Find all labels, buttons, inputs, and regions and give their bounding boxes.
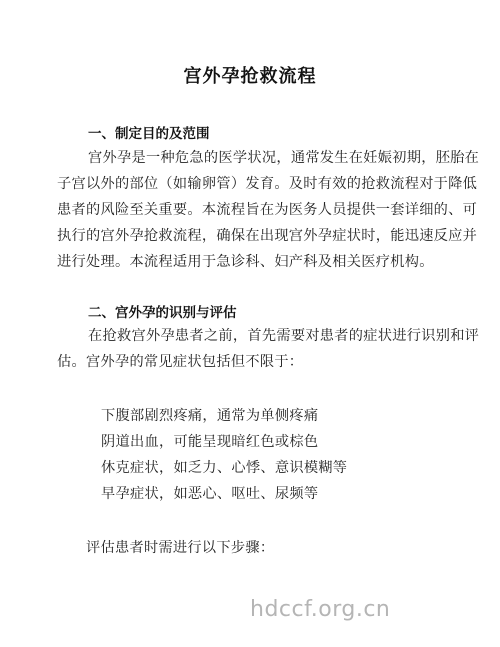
paragraph-line: 子宫以外的部位（如输卵管）发育。及时有效的抢救流程对于降低 (57, 173, 477, 193)
watermark: hdccf.org.cn (250, 597, 390, 622)
symptom-item: 阴道出血，可能呈现暗红色或棕色 (101, 431, 318, 451)
paragraph-line: 进行处理。本流程适用于急诊科、妇产科及相关医疗机构。 (57, 251, 434, 271)
section-heading-identification: 二、宫外孕的识别与评估 (88, 301, 237, 321)
symptom-item: 下腹部剧烈疼痛，通常为单侧疼痛 (101, 405, 318, 425)
paragraph-line: 宫外孕是一种危急的医学状况，通常发生在妊娠初期，胚胎在 (88, 147, 479, 167)
section-heading-purpose: 一、制定目的及范围 (88, 122, 210, 142)
paragraph-line: 执行的宫外孕抢救流程，确保在出现宫外孕症状时，能迅速反应并 (57, 225, 477, 245)
document-title: 宫外孕抢救流程 (0, 62, 500, 88)
symptom-item: 早孕症状，如恶心、呕吐、尿频等 (101, 483, 318, 503)
paragraph-line: 估。宫外孕的常见症状包括但不限于： (57, 351, 303, 371)
symptom-item: 休克症状，如乏力、心悸、意识模糊等 (101, 457, 347, 477)
closing-line: 评估患者时需进行以下步骤： (86, 537, 274, 557)
paragraph-line: 患者的风险至关重要。本流程旨在为医务人员提供一套详细的、可 (57, 199, 477, 219)
paragraph-line: 在抢救宫外孕患者之前，首先需要对患者的症状进行识别和评 (88, 325, 479, 345)
